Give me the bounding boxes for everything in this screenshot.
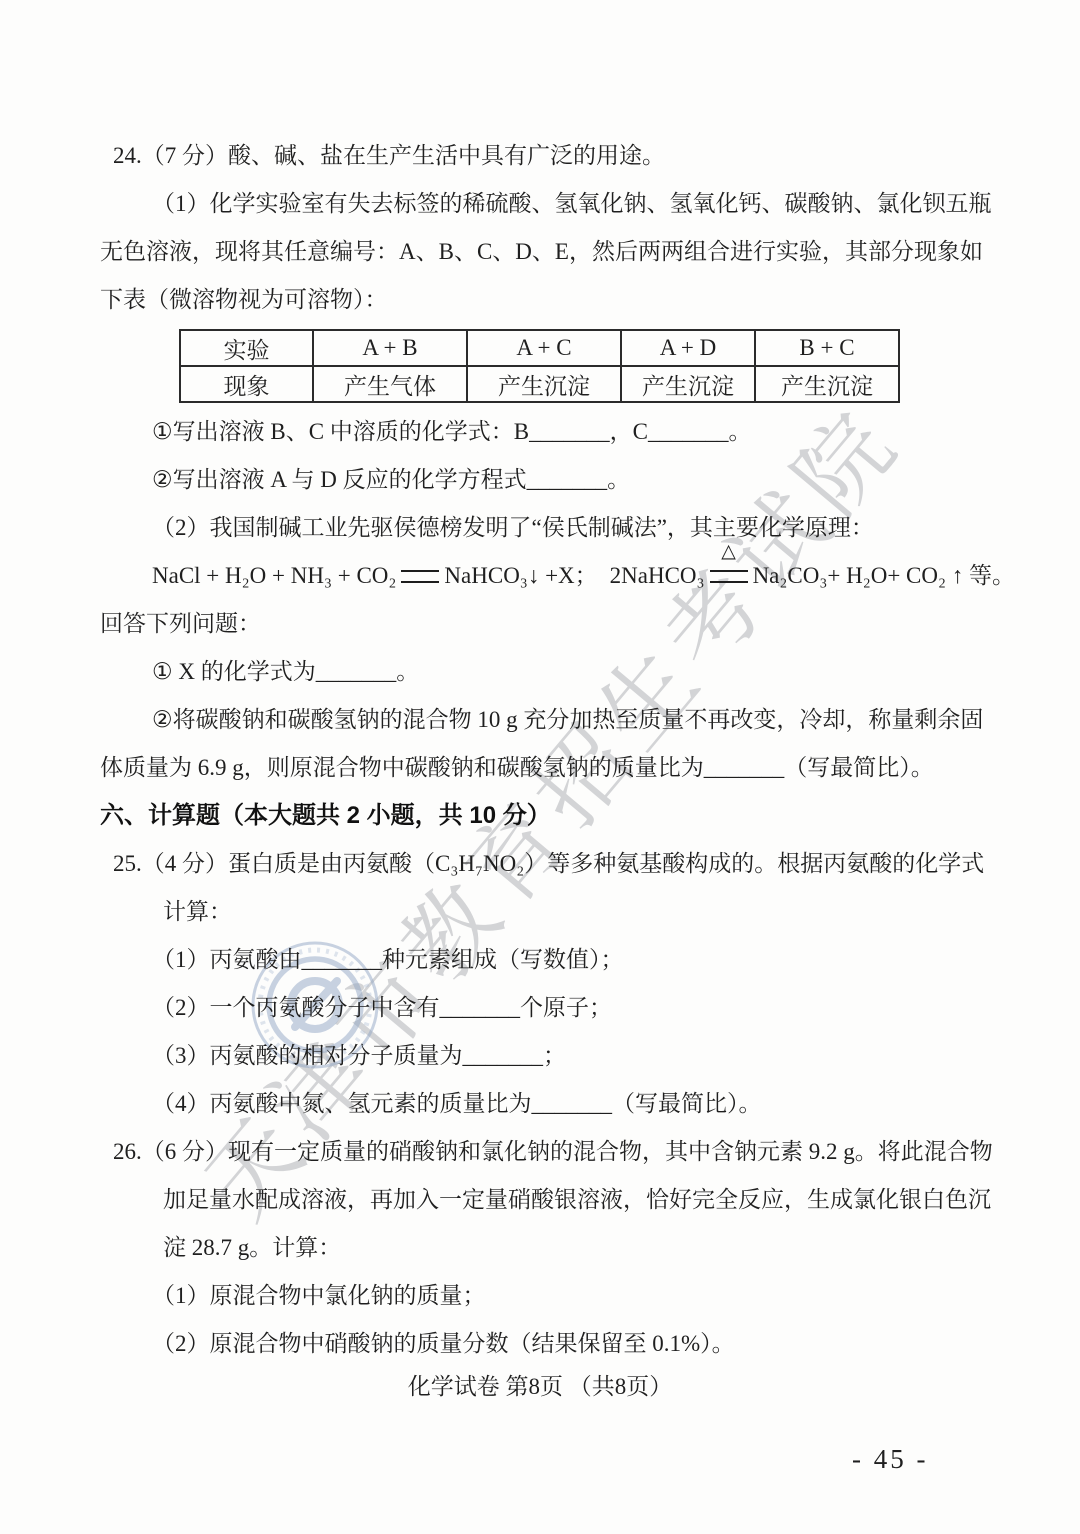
- q26-item2: （2）原混合物中硝酸钠的质量分数（结果保留至 0.1%）。: [100, 1320, 980, 1368]
- q24-sub3-blank-line: ① X 的化学式为_______。: [100, 648, 980, 696]
- table-cell: 产生气体: [313, 366, 467, 402]
- table-cell: 产生沉淀: [467, 366, 621, 402]
- q26-intro-line1: 26.（6 分）现有一定质量的硝酸钠和氯化钠的混合物，其中含钠元素 9.2 g。…: [100, 1128, 980, 1176]
- q24-intro: 24.（7 分）酸、碱、盐在生产生活中具有广泛的用途。: [100, 132, 980, 180]
- q25-intro-line1: 25.（4 分）蛋白质是由丙氨酸（C₃H₇NO₂）等多种氨基酸构成的。根据丙氨酸…: [100, 840, 980, 888]
- equation-segment: 2NaHCO₃: [610, 563, 705, 588]
- double-equals-sign: [401, 570, 439, 583]
- q25-item1: （1）丙氨酸由_______种元素组成（写数值）；: [100, 936, 980, 984]
- table-cell: 实验: [180, 330, 313, 366]
- q26-intro-line2: 加足量水配成溶液，再加入一定量硝酸银溶液，恰好完全反应，生成氯化银白色沉: [100, 1176, 980, 1224]
- q24-part1-line3: 下表（微溶物视为可溶物）：: [100, 276, 980, 324]
- q24-answer-prompt: 回答下列问题：: [100, 600, 980, 648]
- page-number: - 45 -: [852, 1444, 928, 1475]
- table-cell: A + B: [313, 330, 467, 366]
- double-equals-heated-sign: △: [710, 570, 748, 583]
- table-cell: A + D: [621, 330, 755, 366]
- q24-part1-line1: （1）化学实验室有失去标签的稀硫酸、氢氧化钠、氢氧化钙、碳酸钠、氯化钡五瓶: [100, 180, 980, 228]
- chemical-equation-line: NaCl + H₂O + NH₃ + CO₂NaHCO₃↓ +X；2NaHCO₃…: [100, 552, 980, 600]
- table-cell: 产生沉淀: [621, 366, 755, 402]
- q24-part2-line: （2）我国制碱工业先驱侯德榜发明了“侯氏制碱法”，其主要化学原理：: [100, 504, 980, 552]
- equation-segment: NaCl + H₂O + NH₃ + CO₂: [152, 563, 396, 588]
- exam-paper-page: 天津市教育招生考试院 24.（7 分）酸、碱、盐在生产生活中具有广泛的用途。 （…: [0, 0, 1080, 1534]
- q26-intro-line3: 淀 28.7 g。计算：: [100, 1224, 980, 1272]
- page-footer-label: 化学试卷 第8页 （共8页）: [0, 1368, 1080, 1401]
- q25-intro-line2: 计算：: [100, 888, 980, 936]
- table-cell: 现象: [180, 366, 313, 402]
- q24-sub4-line2: 体质量为 6.9 g，则原混合物中碳酸钠和碳酸氢钠的质量比为_______（写最…: [100, 744, 980, 792]
- table-row-phenomena: 现象 产生气体 产生沉淀 产生沉淀 产生沉淀: [180, 366, 899, 402]
- section6-title: 六、计算题（本大题共 2 小题，共 10 分）: [100, 792, 980, 840]
- table-cell: B + C: [755, 330, 899, 366]
- equation-segment: Na₂CO₃+ H₂O+ CO₂ ↑ 等。: [753, 563, 1015, 588]
- equation-segment: NaHCO₃↓ +X；: [444, 563, 597, 588]
- table-cell: A + C: [467, 330, 621, 366]
- experiment-results-table: 实验 A + B A + C A + D B + C 现象 产生气体 产生沉淀 …: [179, 329, 900, 403]
- q24-sub1-blank-line: ①写出溶液 B、C 中溶质的化学式：B_______，C_______。: [100, 408, 980, 456]
- q24-sub4-line1: ②将碳酸钠和碳酸氢钠的混合物 10 g 充分加热至质量不再改变，冷却，称量剩余固: [100, 696, 980, 744]
- q25-item4: （4）丙氨酸中氮、氢元素的质量比为_______（写最简比）。: [100, 1080, 980, 1128]
- q25-item2: （2）一个丙氨酸分子中含有_______个原子；: [100, 984, 980, 1032]
- q26-item1: （1）原混合物中氯化钠的质量；: [100, 1272, 980, 1320]
- exam-content: 24.（7 分）酸、碱、盐在生产生活中具有广泛的用途。 （1）化学实验室有失去标…: [100, 132, 980, 1368]
- q25-item3: （3）丙氨酸的相对分子质量为_______；: [100, 1032, 980, 1080]
- q24-sub2-blank-line: ②写出溶液 A 与 D 反应的化学方程式_______。: [100, 456, 980, 504]
- heat-triangle-icon: △: [721, 542, 736, 561]
- q24-part1-line2: 无色溶液，现将其任意编号：A、B、C、D、E，然后两两组合进行实验，其部分现象如: [100, 228, 980, 276]
- table-cell: 产生沉淀: [755, 366, 899, 402]
- table-row-experiments: 实验 A + B A + C A + D B + C: [180, 330, 899, 366]
